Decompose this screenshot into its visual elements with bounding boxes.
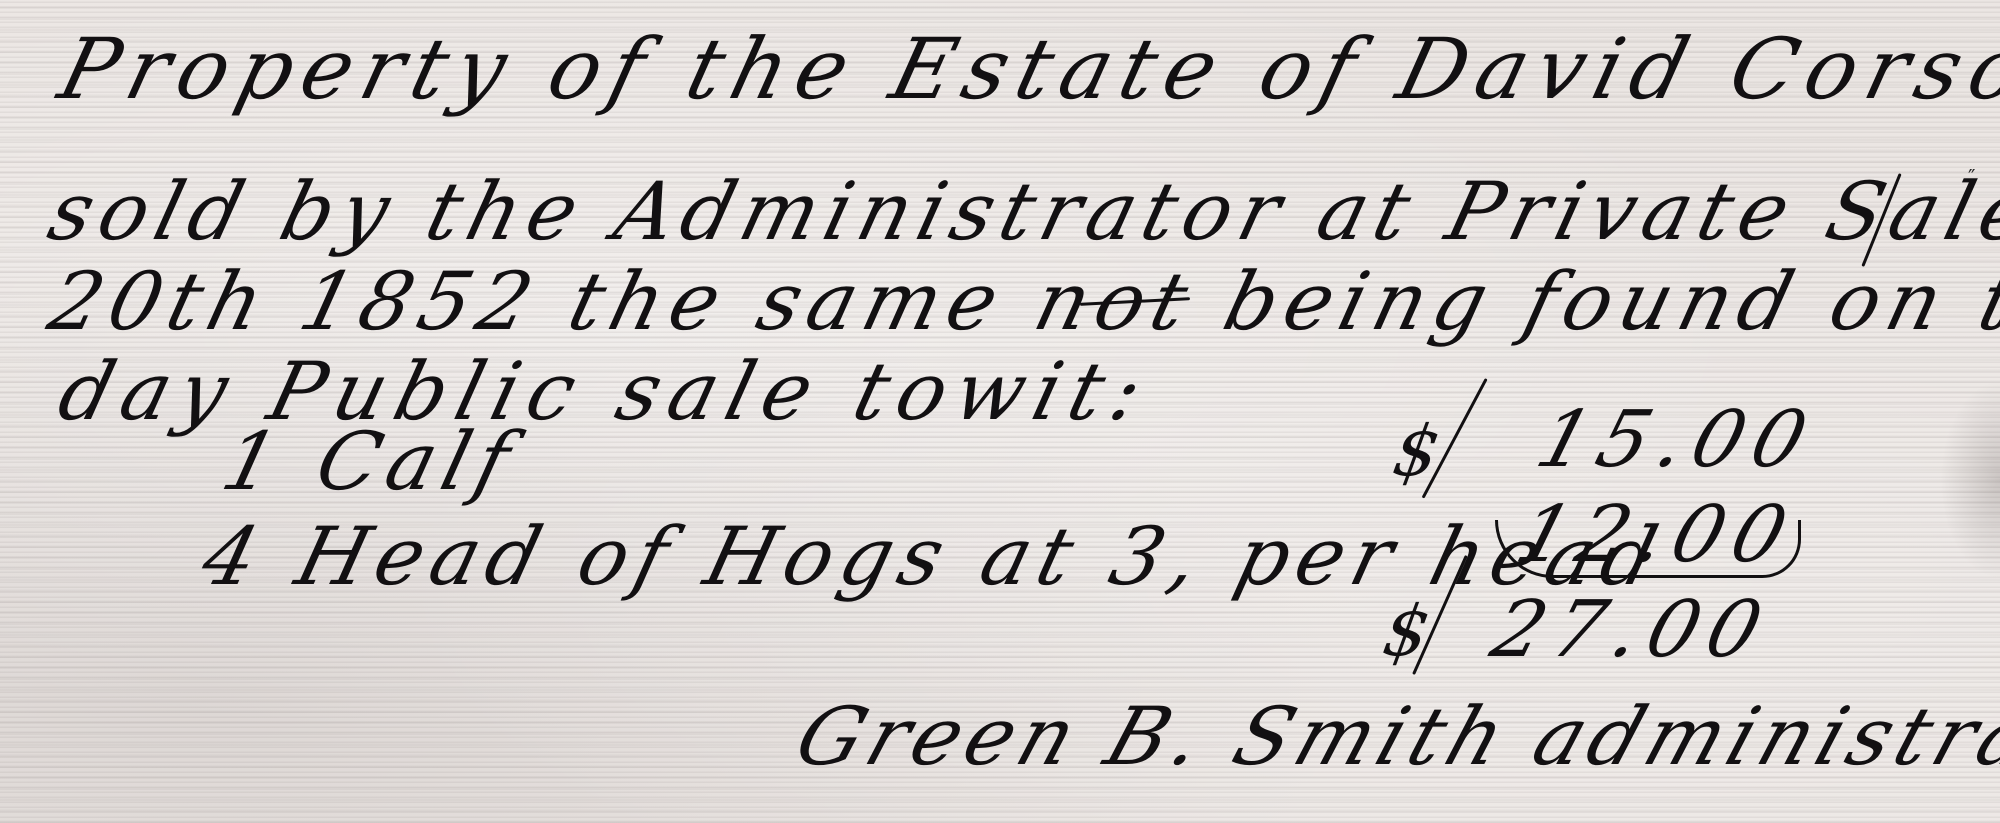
signature: Green B. Smithadministrator: [785, 690, 2000, 783]
heading-line-2: sold by the Administrator at Private Sal…: [40, 165, 2000, 258]
document-page: Property of the Estate of David Corson d…: [0, 0, 2000, 823]
item-quantity: 4: [193, 510, 275, 603]
heading-line-1: Property of the Estate of David Corson d…: [50, 20, 2000, 118]
paper-edge-shadow: [1940, 380, 2000, 580]
heading-line-3: 20th 1852 the same not being found on th…: [40, 255, 2000, 348]
margin-mark: ″: [1968, 165, 1975, 189]
signature-name: Green B. Smith: [785, 690, 1523, 783]
item-quantity: 1: [213, 415, 295, 508]
sum-bracket: [1495, 520, 1801, 578]
heading-line-4: day Public sale towit:: [50, 345, 1161, 438]
item-description: Calf: [307, 415, 526, 508]
signature-title: administrator: [1522, 690, 2000, 783]
dollar-sign: $: [1380, 410, 1454, 492]
item-amount: 15.00: [1527, 395, 1826, 485]
line-item: 1 Calf: [225, 415, 515, 508]
total-amount: 27.00: [1482, 585, 1781, 675]
